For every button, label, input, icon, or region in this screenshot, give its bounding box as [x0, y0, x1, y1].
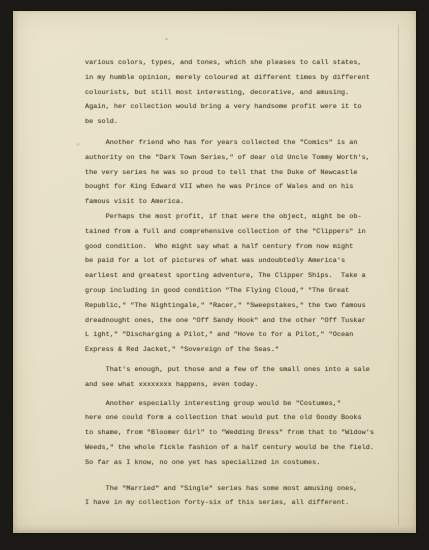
text-line: Express & Red Jacket," "Sovereign of the…	[85, 343, 393, 358]
text-line: various colors, types, and tones, which …	[85, 56, 393, 71]
text-line: That's enough, put those and a few of th…	[85, 363, 393, 378]
text-line: be sold.	[85, 115, 393, 130]
paragraph: Perhaps the most profit, if that were th…	[85, 210, 393, 358]
text-line: The "Married" and "Single" series has so…	[85, 482, 393, 497]
paper-speck	[76, 143, 80, 146]
text-line: Again, her collection would bring a very…	[85, 100, 393, 115]
text-line: Another especially interesting group wou…	[85, 397, 393, 412]
paper-crease	[398, 25, 399, 525]
text-line: Republic," "The Nightingale," "Racer," "…	[85, 299, 393, 314]
text-line: So far as I know, no one yet has special…	[85, 456, 393, 471]
document-page: various colors, types, and tones, which …	[13, 11, 416, 533]
text-line: Weeds," the whole fickle fashion of a ha…	[85, 441, 393, 456]
photo-background: various colors, types, and tones, which …	[0, 0, 429, 550]
paragraph: The "Married" and "Single" series has so…	[85, 482, 393, 512]
text-line: I have in my collection forty-six of thi…	[85, 496, 393, 511]
text-line: group including in good condition "The F…	[85, 284, 393, 299]
text-line: earliest and greatest sporting adventure…	[85, 269, 393, 284]
text-line: dreadnought ones, the one "Off Sandy Hoo…	[85, 314, 393, 329]
text-line: and see what xxxxxxxx happens, even toda…	[85, 378, 393, 393]
text-line: Another friend who has for years collect…	[85, 136, 393, 151]
paragraph: That's enough, put those and a few of th…	[85, 363, 393, 393]
text-line: good condition. Who might say what a hal…	[85, 240, 393, 255]
text-line: colourists, but still most interesting, …	[85, 86, 393, 101]
text-line: the very series he was so proud to tell …	[85, 166, 393, 181]
text-line: famous visit to America.	[85, 195, 393, 210]
text-line: be paid for a lot of pictures of what wa…	[85, 254, 393, 269]
text-line: bought for King Edward VII when he was P…	[85, 180, 393, 195]
text-line: Perhaps the most profit, if that were th…	[85, 210, 393, 225]
paragraph: various colors, types, and tones, which …	[85, 56, 393, 130]
text-line: authority on the "Dark Town Series," of …	[85, 151, 393, 166]
text-line: here one could form a collection that wo…	[85, 411, 393, 426]
text-line: in my humble opinion, merely coloured at…	[85, 71, 393, 86]
text-block: various colors, types, and tones, which …	[85, 56, 393, 511]
text-line: to shame, from "Bloomer Girl" to "Weddin…	[85, 426, 393, 441]
text-line: L ight," "Discharging a Pilot," and "Hov…	[85, 328, 393, 343]
paper-speck	[165, 38, 168, 40]
paragraph: Another friend who has for years collect…	[85, 136, 393, 210]
paragraph: Another especially interesting group wou…	[85, 397, 393, 471]
text-line: tained from a full and comprehensive col…	[85, 225, 393, 240]
